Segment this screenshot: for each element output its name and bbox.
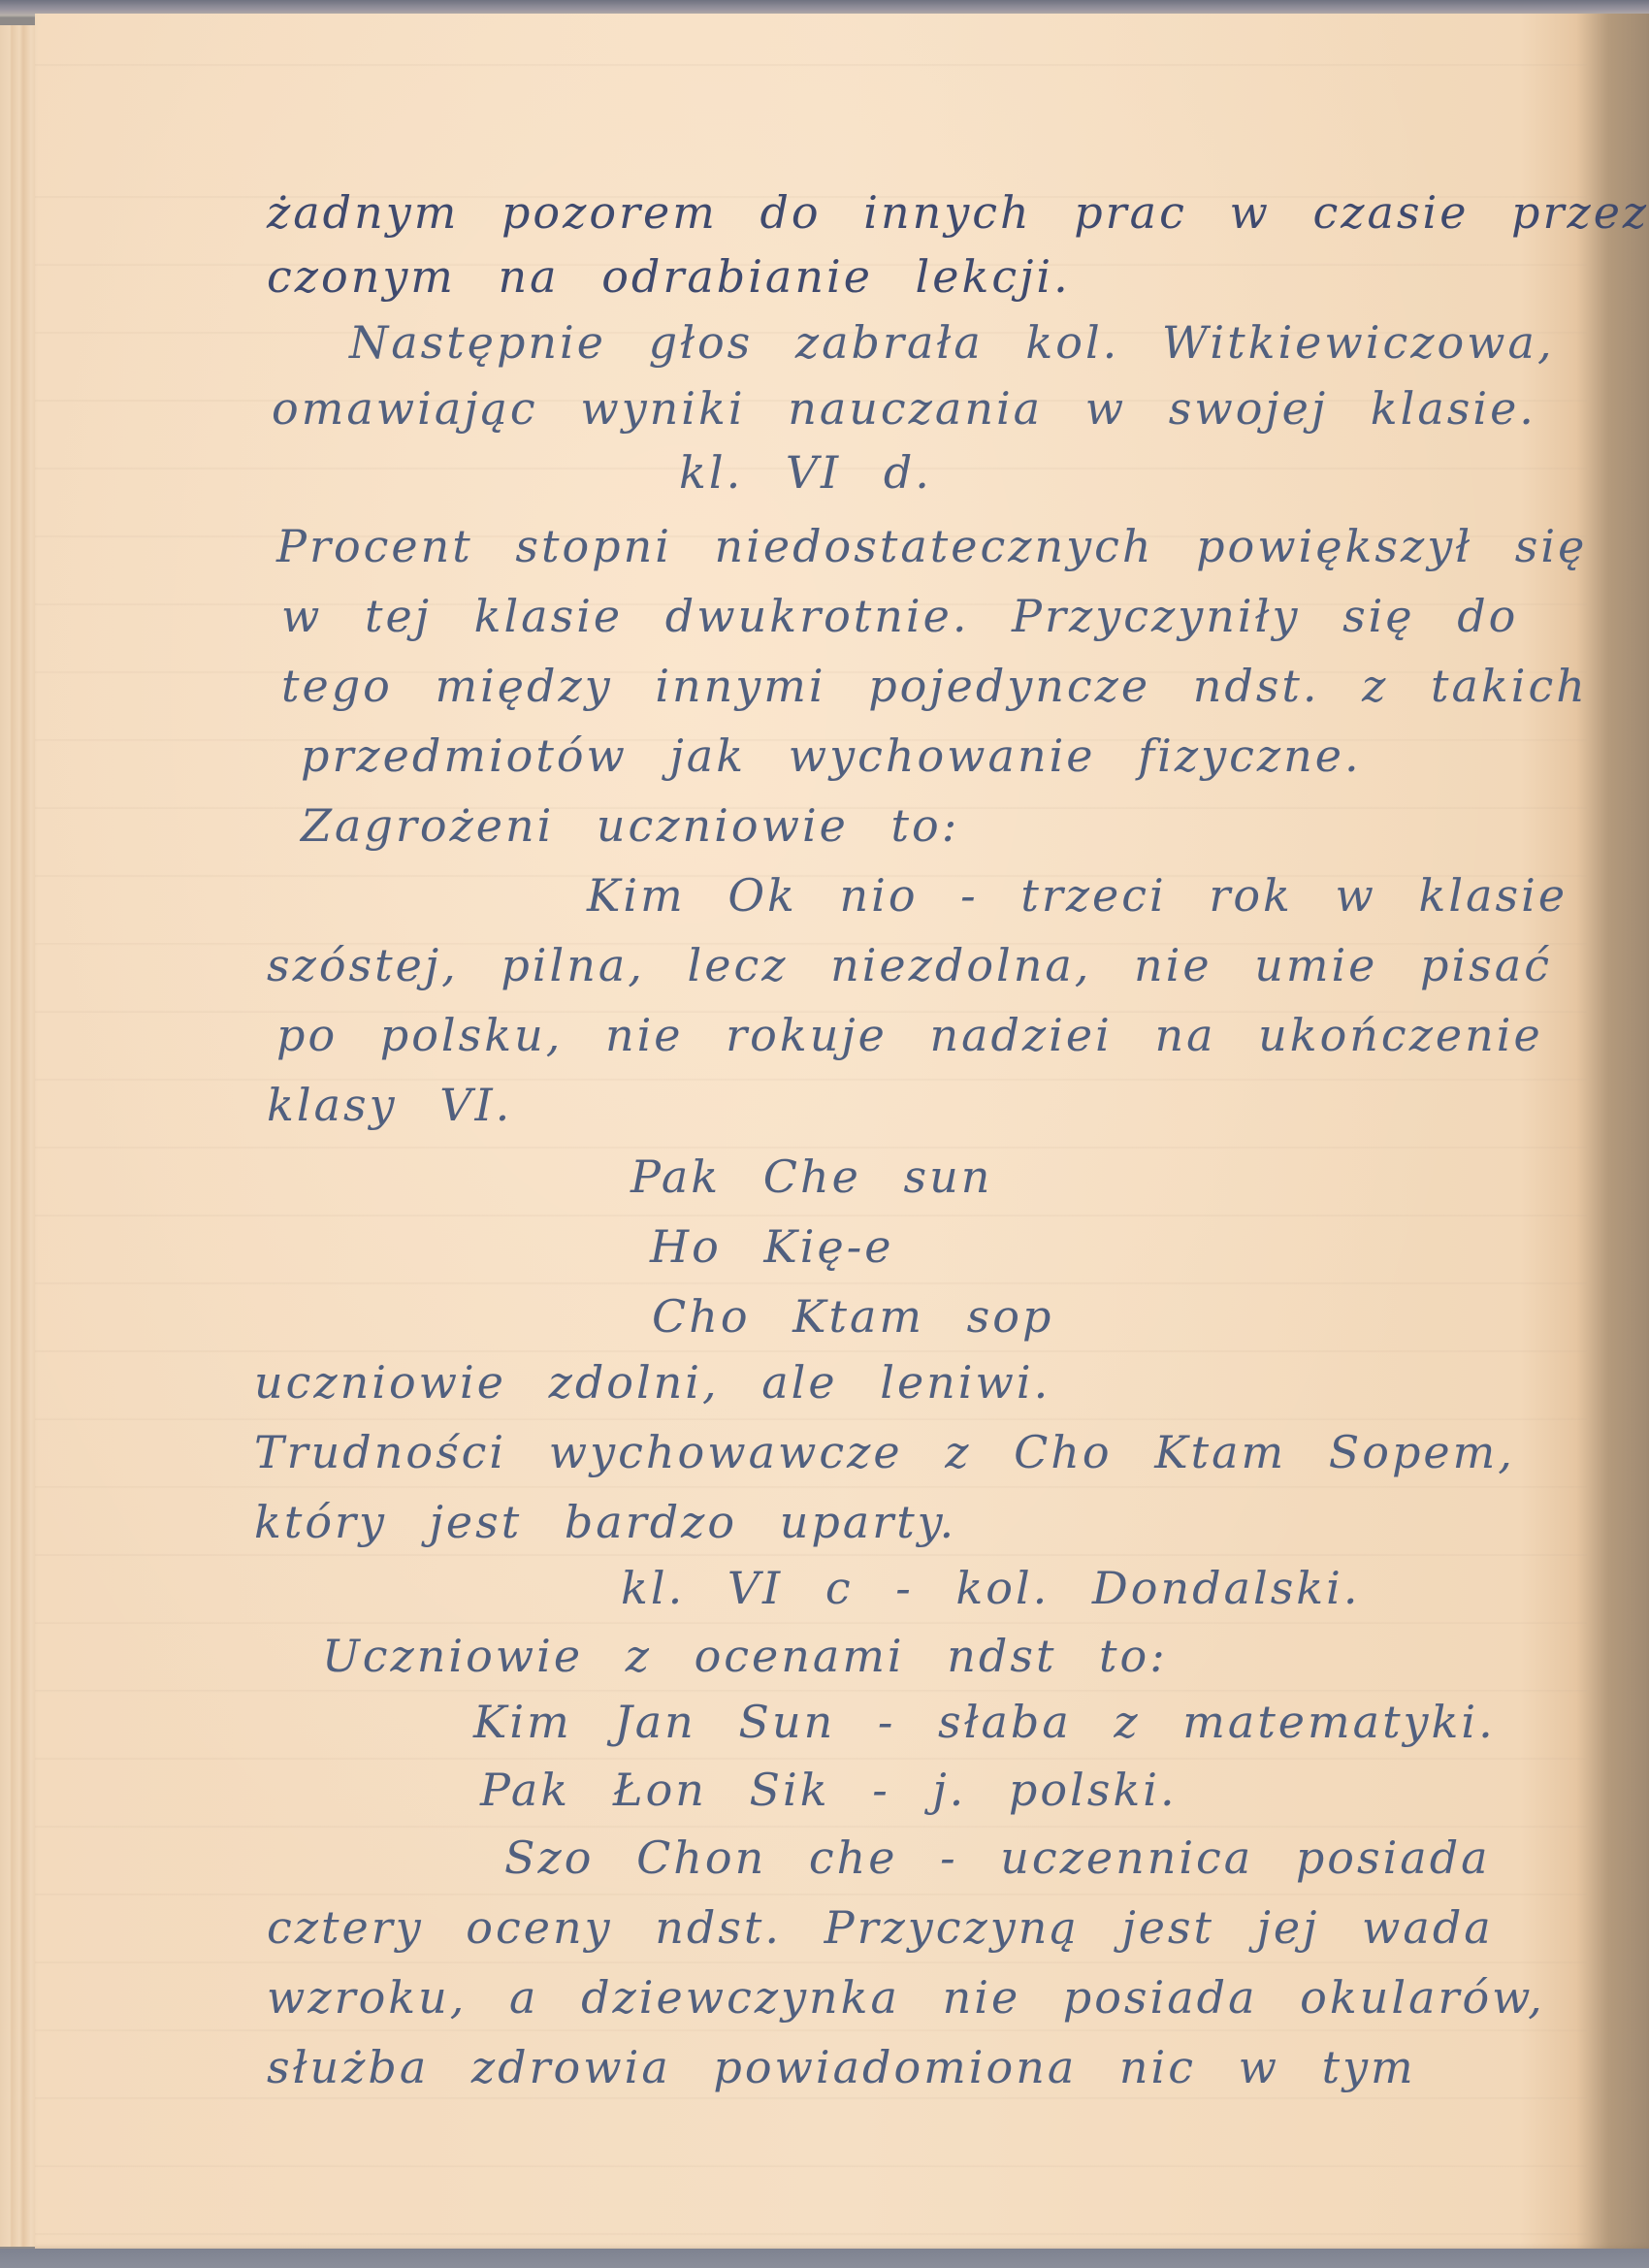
text-line: służba zdrowia powiadomiona nic w tym [267,2045,1416,2090]
section-heading: kl. VI d. [679,450,932,495]
text-line: tego między innymi pojedyncze ndst. z ta… [281,664,1588,708]
text-line: Następnie głos zabrała kol. Witkiewiczow… [349,320,1555,365]
text-line: Zagrożeni uczniowie to: [301,803,959,848]
text-line: cztery oceny ndst. Przyczyną jest jej wa… [267,1905,1494,1950]
section-heading: kl. VI c - kol. Dondalski. [621,1566,1361,1610]
student-name: Pak Che sun [630,1154,992,1199]
text-line: żadnym pozorem do innych prac w czasie p… [267,190,1649,235]
text-line: który jest bardzo uparty. [254,1500,956,1544]
text-line: czonym na odrabianie lekcji. [267,254,1071,299]
handwritten-text: żadnym pozorem do innych prac w czasie p… [0,0,1649,2268]
text-line: przedmiotów jak wychowanie fizyczne. [301,733,1362,778]
student-name: Cho Ktam sop [652,1294,1053,1339]
list-item: Kim Ok nio - trzeci rok w klasie [587,873,1568,918]
text-line: Procent stopni niedostatecznych powiększ… [276,524,1587,568]
text-line: Uczniowie z ocenami ndst to: [322,1634,1168,1678]
text-line: szóstej, pilna, lecz niezdolna, nie umie… [267,943,1552,988]
list-item: Szo Chon che - uczennica posiada [504,1835,1491,1880]
text-line: Trudności wychowawcze z Cho Ktam Sopem, [254,1430,1515,1474]
scanned-page: żadnym pozorem do innych prac w czasie p… [0,0,1649,2268]
text-line: klasy VI. [267,1083,512,1127]
student-name: Ho Kię-e [650,1224,894,1269]
text-line: omawiając wyniki nauczania w swojej klas… [272,386,1536,431]
list-item: Pak Łon Sik - j. polski. [480,1767,1178,1812]
text-line: wzroku, a dziewczynka nie posiada okular… [267,1975,1545,2020]
list-item: Kim Jan Sun - słaba z matematyki. [473,1700,1496,1744]
text-line: po polsku, nie rokuje nadziei na ukończe… [276,1013,1543,1057]
text-line: w tej klasie dwukrotnie. Przyczyniły się… [281,594,1518,638]
text-line: uczniowie zdolni, ale leniwi. [254,1360,1051,1405]
